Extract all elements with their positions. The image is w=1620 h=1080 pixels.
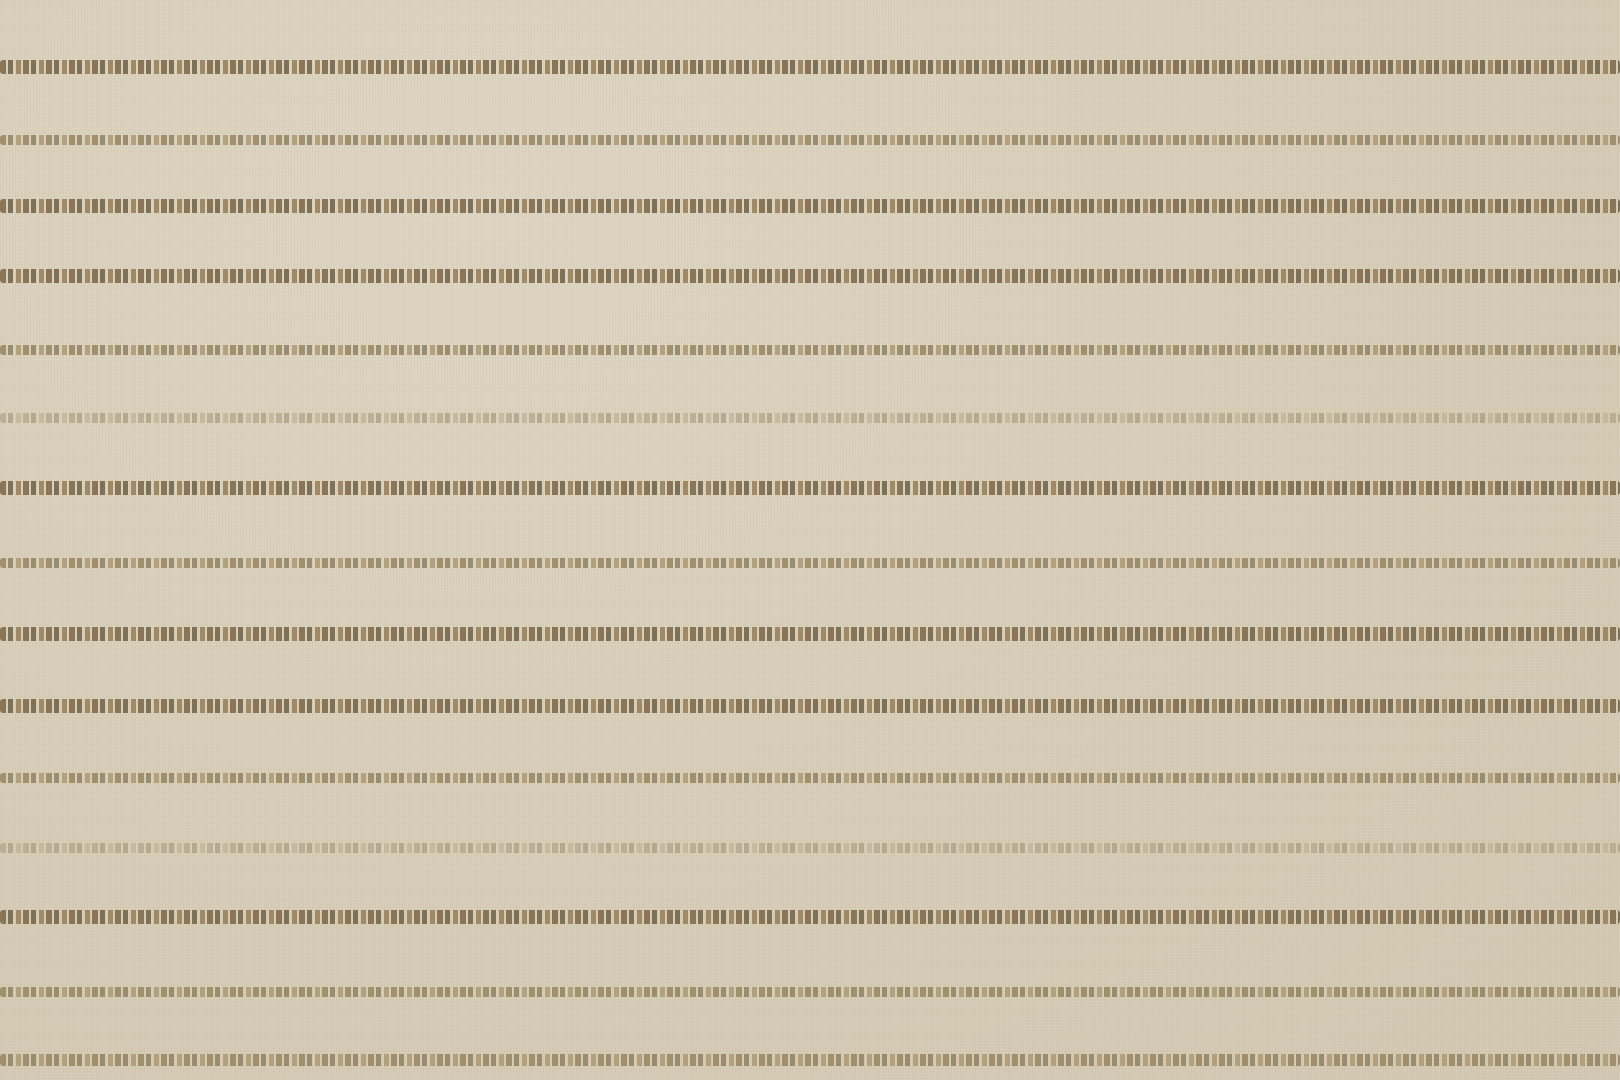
- woven-stripe: [0, 699, 1620, 713]
- woven-stripe: [0, 773, 1620, 783]
- woven-stripe: [0, 627, 1620, 641]
- woven-stripe: [0, 1054, 1620, 1066]
- woven-stripe: [0, 345, 1620, 355]
- woven-stripe: [0, 269, 1620, 283]
- fabric-texture: [0, 0, 1620, 1080]
- woven-stripe: [0, 481, 1620, 495]
- woven-stripe: [0, 843, 1620, 853]
- woven-stripe: [0, 60, 1620, 74]
- woven-stripe: [0, 558, 1620, 568]
- woven-stripe: [0, 199, 1620, 213]
- woven-stripe: [0, 135, 1620, 145]
- woven-stripe: [0, 910, 1620, 924]
- woven-stripe: [0, 987, 1620, 997]
- woven-stripe: [0, 413, 1620, 423]
